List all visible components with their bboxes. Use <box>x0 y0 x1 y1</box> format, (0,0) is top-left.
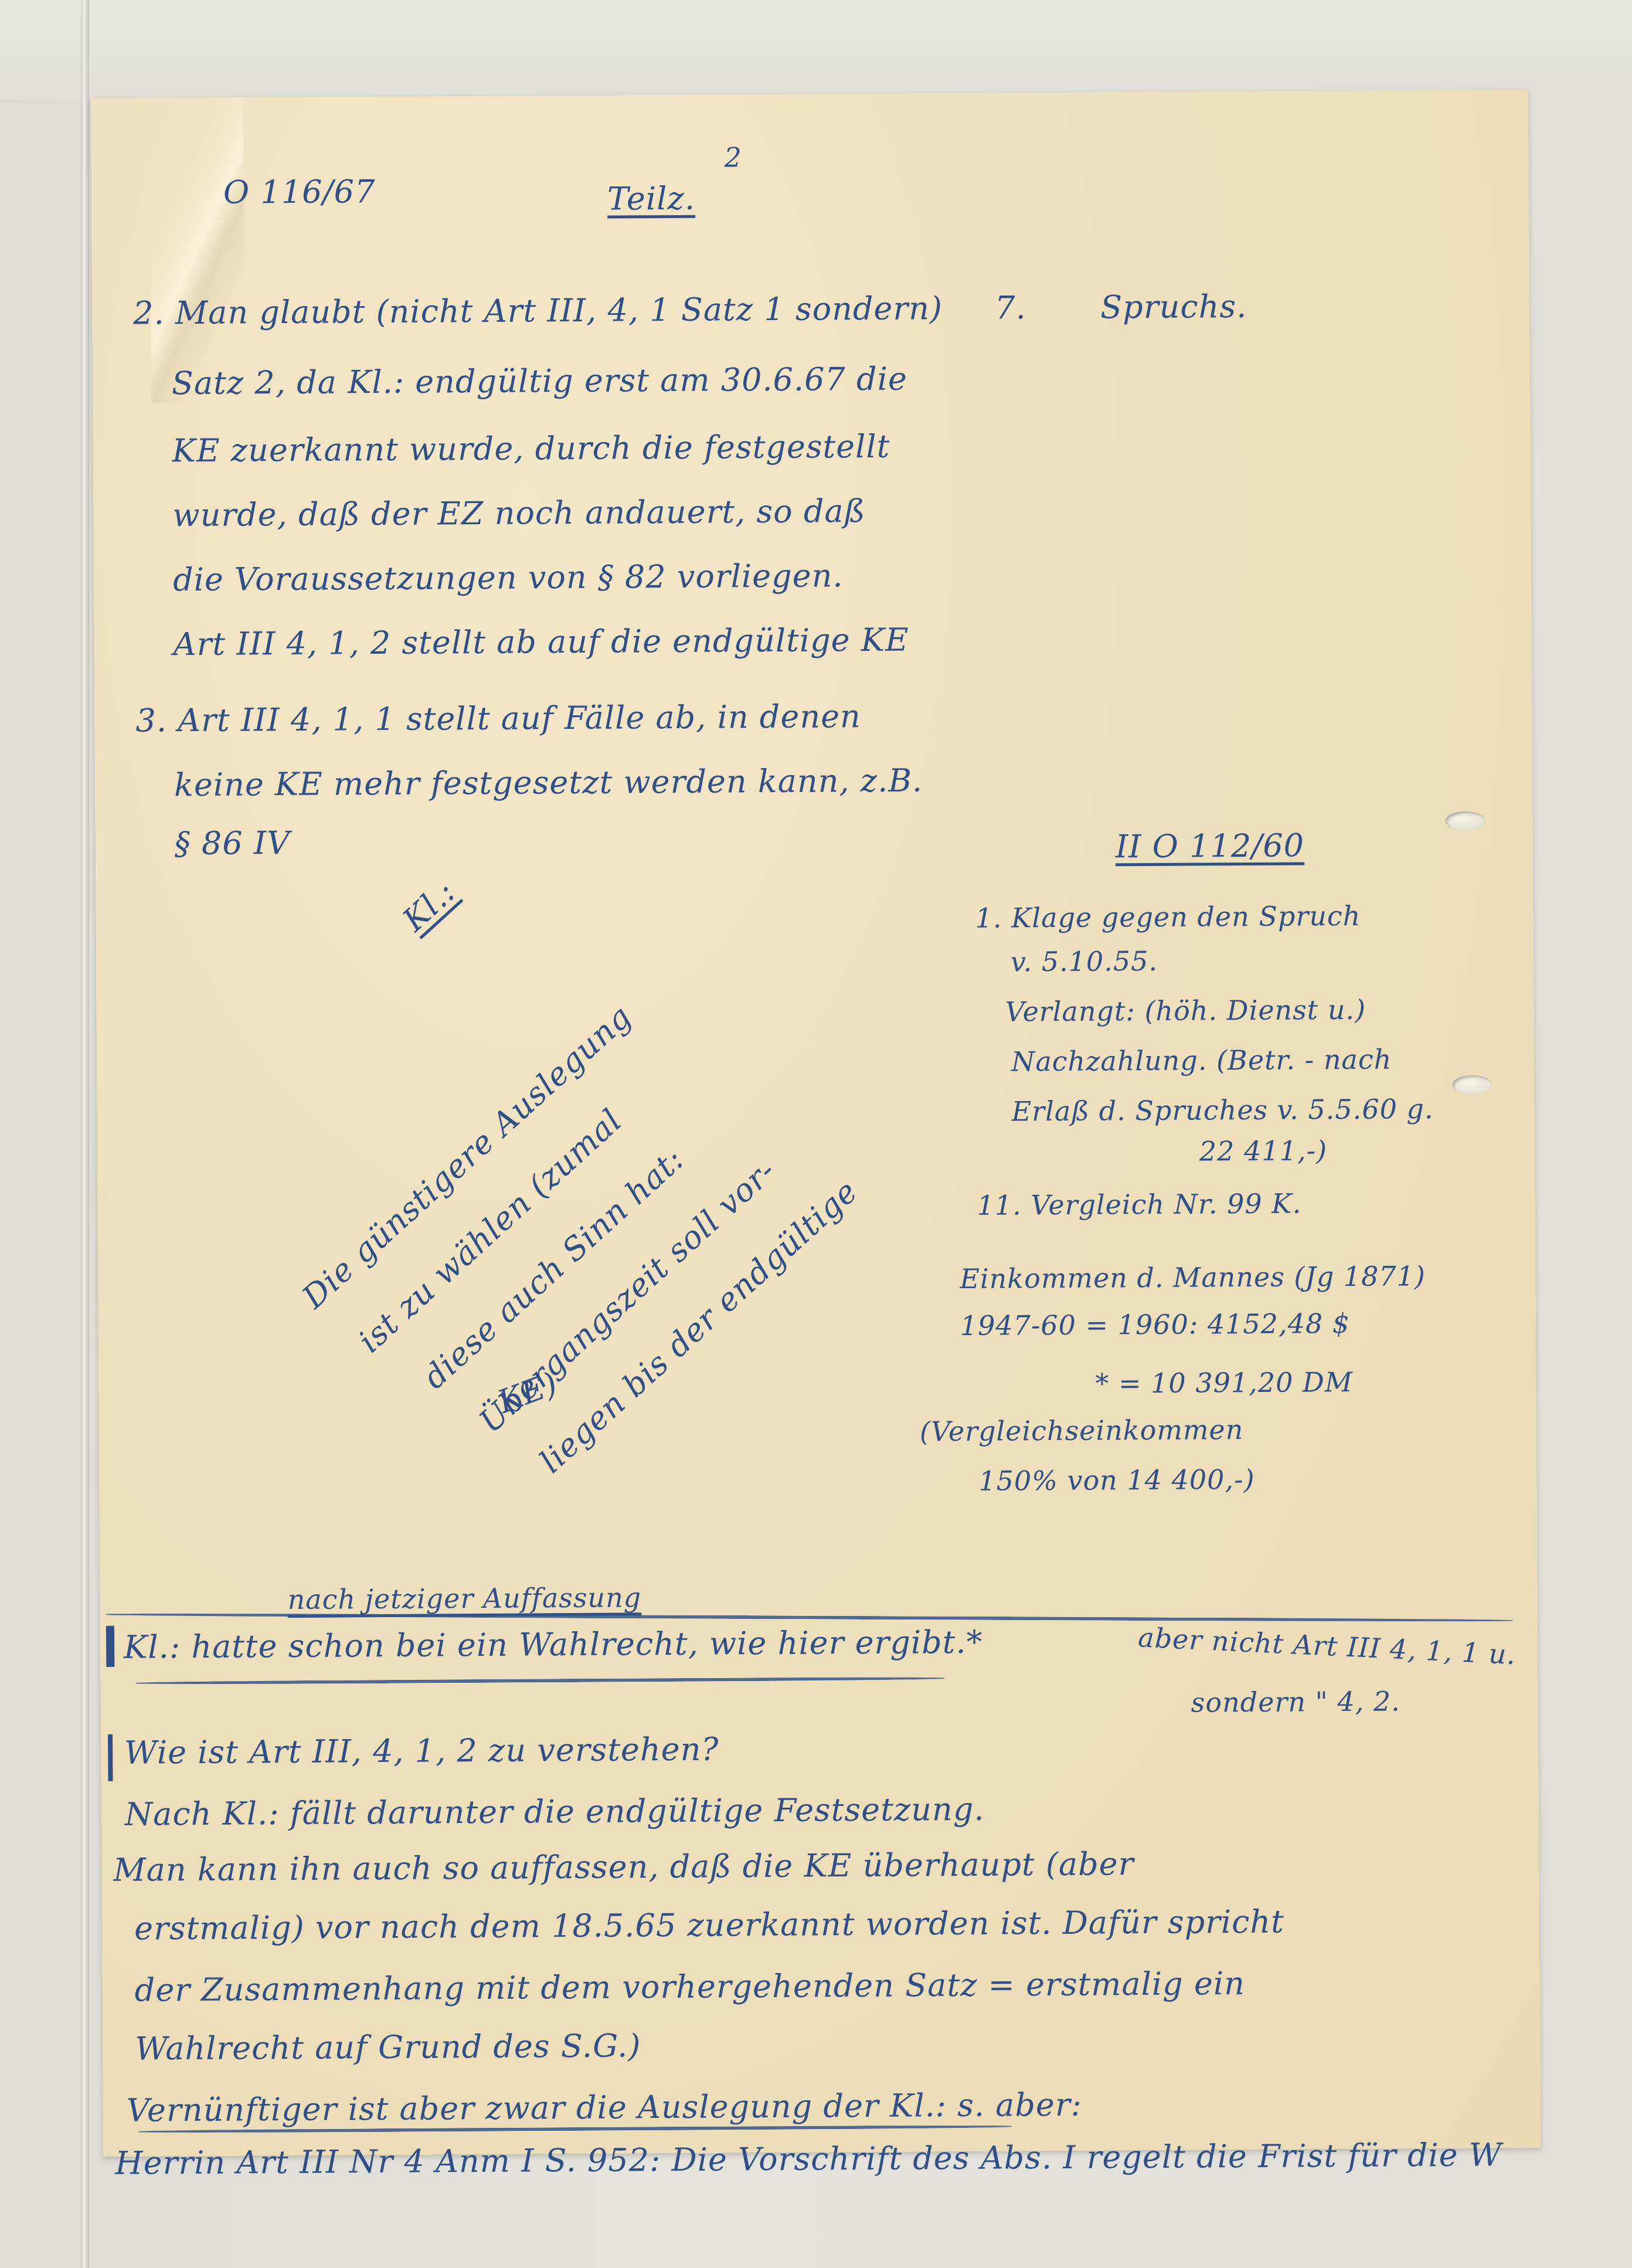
section1-right-number: 7. <box>995 289 1026 326</box>
page-number: 2 <box>724 141 742 173</box>
section4-line-2: Nach Kl.: fällt darunter die endgültige … <box>125 1791 985 1833</box>
case-number: O 116/67 <box>223 173 376 211</box>
section3-top-line <box>106 1612 1513 1622</box>
section4-marker-bar <box>108 1734 113 1781</box>
section3-marker-bar <box>106 1626 114 1667</box>
section1-line-4: wurde, daß der EZ noch andauert, so daß <box>172 493 866 534</box>
section4-line-4: erstmalig) vor nach dem 18.5.65 zuerkann… <box>134 1903 1284 1947</box>
section3-insert: nach jetziger Auffassung <box>287 1581 641 1615</box>
section1-line-2: Satz 2, da Kl.: endgültig erst am 30.6.6… <box>172 361 907 402</box>
section4-line-7: Vernünftiger ist aber zwar die Auslegung… <box>127 2086 1082 2129</box>
document-page: O 116/67 2 Teilz. 2. Man glaubt (nicht A… <box>91 90 1541 2157</box>
punch-hole-bottom <box>1452 1075 1492 1094</box>
section4-line-5: der Zusammenhang mit dem vorhergehenden … <box>135 1965 1246 2009</box>
section2-line-10: * = 10 391,20 DM <box>1095 1366 1353 1400</box>
section2-line-9: 1947-60 = 1960: 4152,48 $ <box>960 1308 1351 1342</box>
plastic-sleeve-top <box>0 0 1632 100</box>
section1-line-5: die Voraussetzungen von § 82 vorliegen. <box>173 557 844 598</box>
paper-crease <box>149 97 245 403</box>
section2-line-1: 1. Klage gegen den Spruch <box>975 900 1361 934</box>
section4-line-3: Man kann ihn auch so auffassen, daß die … <box>113 1845 1134 1889</box>
section1-line-1: 2. Man glaubt (nicht Art III, 4, 1 Satz … <box>133 290 943 331</box>
section2-heading: II O 112/60 <box>1116 827 1305 865</box>
diagonal-line-6: KE) <box>493 1364 563 1420</box>
section2-line-8: Einkommen d. Mannes (Jg 1871) <box>960 1260 1426 1295</box>
section2-line-5: Erlaß d. Spruches v. 5.5.60 g. <box>1011 1093 1433 1127</box>
punch-hole-top <box>1445 811 1485 830</box>
section4-line-6: Wahlrecht auf Grund des S.G.) <box>135 2027 641 2067</box>
section3-right-note-2: sondern " 4, 2. <box>1191 1685 1400 1718</box>
section2-line-6: 22 411,-) <box>1199 1135 1327 1167</box>
page-title: Teilz. <box>607 180 695 218</box>
section4-line-1: Wie ist Art III, 4, 1, 2 zu verstehen? <box>124 1731 719 1771</box>
section2-line-12: 150% von 14 400,-) <box>978 1464 1254 1497</box>
section1-line-7: 3. Art III 4, 1, 1 stellt auf Fälle ab, … <box>135 698 861 739</box>
section3-bottom-line <box>135 1676 944 1685</box>
section3-line: Kl.: hatte schon bei ein Wahlrecht, wie … <box>124 1624 983 1666</box>
section4-line-8: Herrin Art III Nr 4 Anm I S. 952: Die Vo… <box>115 2136 1502 2181</box>
section2-line-2: v. 5.10.55. <box>1011 945 1158 978</box>
section2-line-3: Verlangt: (höh. Dienst u.) <box>1005 994 1366 1028</box>
section2-line-4: Nachzahlung. (Betr. - nach <box>1011 1043 1392 1077</box>
section2-line-7: 11. Vergleich Nr. 99 K. <box>977 1187 1301 1221</box>
section1-line-3: KE zuerkannt wurde, durch die festgestel… <box>172 428 890 469</box>
section1-line-8: keine KE mehr festgesetzt werden kann, z… <box>174 762 923 803</box>
plastic-sleeve-edge <box>81 0 89 2268</box>
section1-line-6: Art III 4, 1, 2 stellt ab auf die endgül… <box>173 621 909 663</box>
section1-right-note: Spruchs. <box>1100 288 1247 326</box>
section3-right-note: aber nicht Art III 4, 1, 1 u. <box>1137 1621 1517 1671</box>
section1-line-9: § 86 IV <box>175 824 291 862</box>
diagonal-note-label: Kl.: <box>396 873 463 939</box>
section2-line-11: (Vergleichseinkommen <box>920 1414 1244 1447</box>
